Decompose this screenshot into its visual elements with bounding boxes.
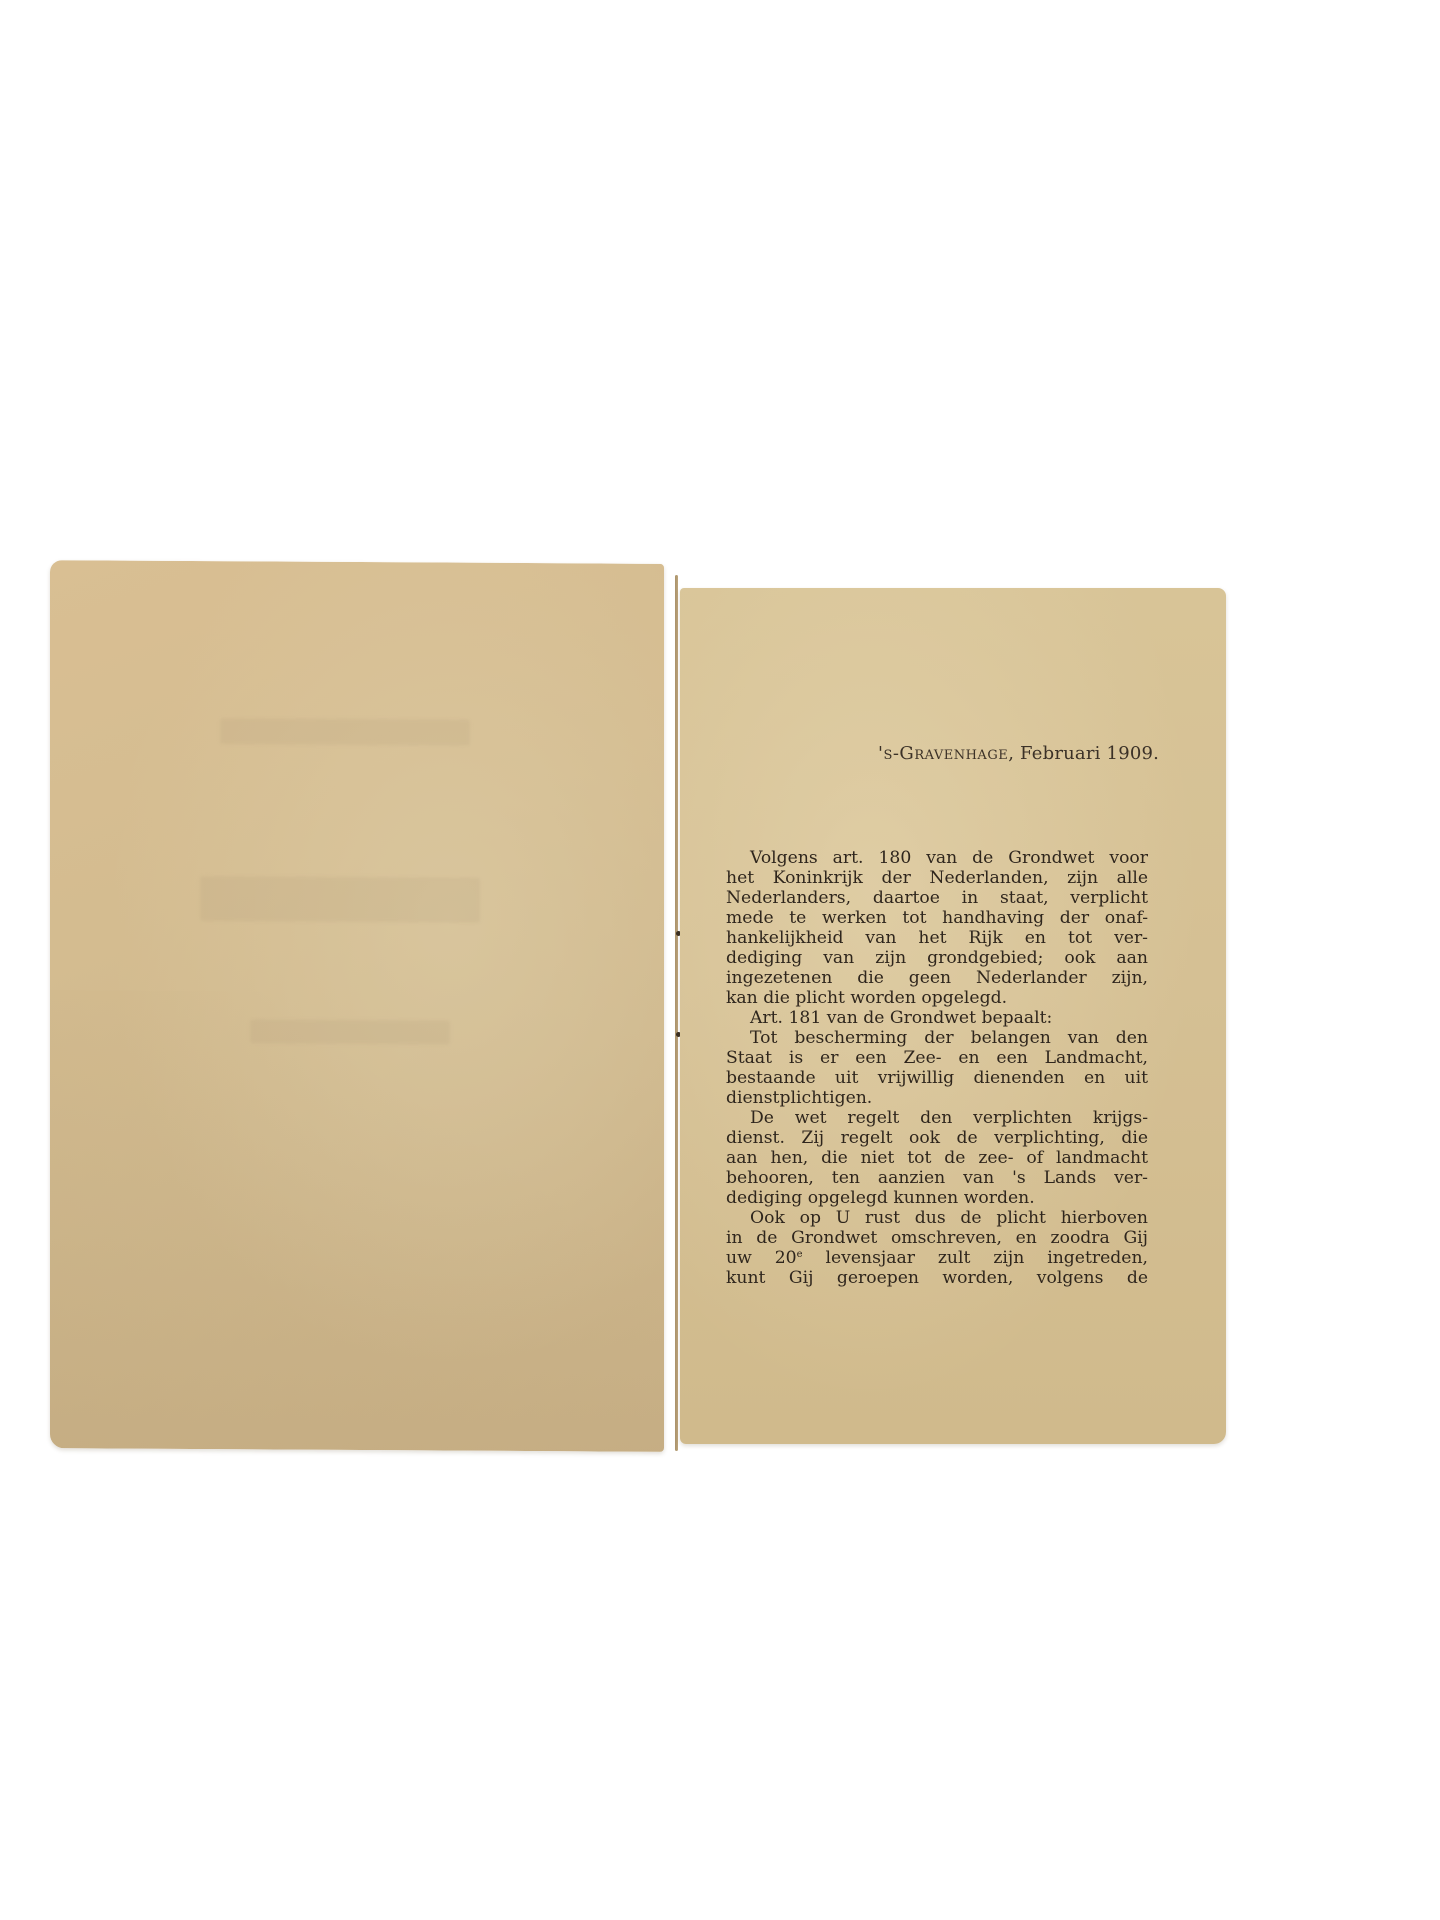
- text-line: dediging opgelegd kunnen worden.: [726, 1188, 1148, 1208]
- text-line: dediging van zijn grondgebied; ook aan: [726, 948, 1148, 968]
- text-line: behooren, ten aanzien van 's Lands ver-: [726, 1168, 1148, 1188]
- show-through-text: [200, 876, 480, 923]
- open-booklet: 's-Gravenhage, Februari 1909. Volgens ar…: [0, 0, 1440, 1920]
- dateline-city: 's-Gravenhage: [878, 743, 1008, 764]
- text-line: Nederlanders, daartoe in staat, verplich…: [726, 888, 1148, 908]
- text-line: uw 20e levensjaar zult zijn ingetreden,: [726, 1248, 1148, 1268]
- text-line: Staat is er een Zee- en een Landmacht,: [726, 1048, 1148, 1068]
- text-line: dienstplichtigen.: [726, 1088, 1148, 1108]
- text-line: mede te werken tot handhaving der onaf-: [726, 908, 1148, 928]
- show-through-text: [220, 718, 470, 746]
- right-page: 's-Gravenhage, Februari 1909. Volgens ar…: [680, 588, 1226, 1444]
- dateline: 's-Gravenhage, Februari 1909.: [878, 743, 1159, 764]
- body-text: Volgens art. 180 van de Grondwet voorhet…: [726, 848, 1148, 1288]
- text-line: Tot bescherming der belangen van den: [726, 1028, 1148, 1048]
- text-line: Volgens art. 180 van de Grondwet voor: [726, 848, 1148, 868]
- show-through-text: [250, 1019, 450, 1044]
- booklet-spine: [675, 575, 678, 1451]
- dateline-date: , Februari 1909.: [1008, 743, 1159, 764]
- text-line: De wet regelt den verplichten krijgs-: [726, 1108, 1148, 1128]
- text-line: Ook op U rust dus de plicht hierboven: [726, 1208, 1148, 1228]
- text-line: in de Grondwet omschreven, en zoodra Gij: [726, 1228, 1148, 1248]
- text-line: Art. 181 van de Grondwet bepaalt:: [726, 1008, 1148, 1028]
- text-line: kunt Gij geroepen worden, volgens de: [726, 1268, 1148, 1288]
- left-page: [50, 560, 664, 1452]
- text-line: hankelijkheid van het Rijk en tot ver-: [726, 928, 1148, 948]
- text-line: dienst. Zij regelt ook de verplichting, …: [726, 1128, 1148, 1148]
- text-line: ingezetenen die geen Nederlander zijn,: [726, 968, 1148, 988]
- text-line: kan die plicht worden opgelegd.: [726, 988, 1148, 1008]
- text-line: het Koninkrijk der Nederlanden, zijn all…: [726, 868, 1148, 888]
- text-line: bestaande uit vrijwillig dienenden en ui…: [726, 1068, 1148, 1088]
- text-line: aan hen, die niet tot de zee- of landmac…: [726, 1148, 1148, 1168]
